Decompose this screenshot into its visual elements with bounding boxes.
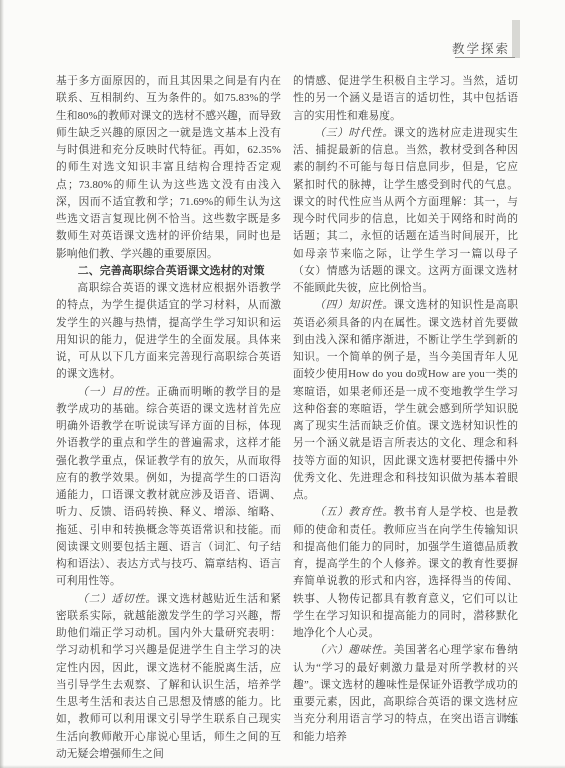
- subsection-paragraph: （三）时代性。课文的选材应走进现实生活、捕捉最新的信息。当然，教材受到各种因素的…: [293, 125, 518, 298]
- subsection-text: 美国著名心理学家布鲁纳认为“学习的最好刺激力量是对所学教材的兴趣”。课文选材的趣…: [293, 644, 518, 742]
- right-column: 的情感、促进学生积极自主学习。当然，适切性的另一个涵义是语言的适切性，其中包括语…: [293, 73, 518, 763]
- subsection-paragraph: （四）知识性。课文选材的知识性是高职英语必须具备的内在属性。课文选材首先要做到由…: [293, 297, 518, 504]
- subsection-paragraph: （五）教育性。教书育人是学校、也是教师的使命和责任。教师应当在向学生传输知识和提…: [293, 504, 518, 642]
- page-number: 71: [503, 714, 517, 726]
- subsection-label: （四）知识性。: [314, 299, 393, 311]
- continuation-paragraph: 基于多方面原因的，而且其因果之间是有内在联系、互相制约、互为条件的。如75.83…: [56, 73, 281, 263]
- paragraph: 高职综合英语的课文选材应根据外语教学的特点，为学生提供适宜的学习材料，从而激发学…: [56, 280, 281, 384]
- article-body: 基于多方面原因的，而且其因果之间是有内在联系、互相制约、互为条件的。如75.83…: [56, 73, 518, 763]
- section-heading: 二、完善高职综合英语课文选材的对策: [56, 263, 281, 280]
- subsection-text: 课文的选材应走进现实生活、捕捉最新的信息。当然，教材受到各种因素的制约不可能与每…: [293, 127, 518, 294]
- continuation-paragraph: 的情感、促进学生积极自主学习。当然，适切性的另一个涵义是语言的适切性，其中包括语…: [293, 73, 518, 125]
- subsection-paragraph: （一）目的性。正确而明晰的教学目的是教学成功的基础。综合英语的课文选材首先应明确…: [56, 384, 281, 591]
- subsection-label: （二）适切性。: [77, 593, 156, 605]
- scan-edge-left: [0, 0, 4, 768]
- subsection-paragraph: （六）趣味性。美国著名心理学家布鲁纳认为“学习的最好刺激力量是对所学教材的兴趣”…: [293, 642, 518, 746]
- subsection-text: 正确而明晰的教学目的是教学成功的基础。综合英语的课文选材首先应明确外语教学在听说…: [56, 386, 281, 588]
- subsection-label: （六）趣味性。: [314, 644, 393, 656]
- header-tab-bar: [512, 20, 520, 58]
- subsection-text: 课文选材的知识性是高职英语必须具备的内在属性。课文选材首先要做到由浅入深和循序渐…: [293, 299, 518, 501]
- subsection-label: （三）时代性。: [314, 127, 393, 139]
- header-underline: [455, 57, 515, 58]
- subsection-label: （五）教育性。: [314, 506, 393, 518]
- journal-page-scan: { "header": { "section_label": "教学探索" },…: [0, 0, 565, 768]
- left-column: 基于多方面原因的，而且其因果之间是有内在联系、互相制约、互为条件的。如75.83…: [56, 73, 281, 763]
- subsection-paragraph: （二）适切性。课文选材越贴近生活和紧密联系实际，就越能激发学生的学习兴趣，帮助他…: [56, 591, 281, 764]
- subsection-text: 教书育人是学校、也是教师的使命和责任。教师应当在向学生传输知识和提高他们能力的同…: [293, 506, 518, 639]
- subsection-text: 课文选材越贴近生活和紧密联系实际，就越能激发学生的学习兴趣，帮助他们端正学习动机…: [56, 593, 281, 760]
- subsection-label: （一）目的性。: [77, 386, 156, 398]
- section-header-label: 教学探索: [452, 39, 510, 57]
